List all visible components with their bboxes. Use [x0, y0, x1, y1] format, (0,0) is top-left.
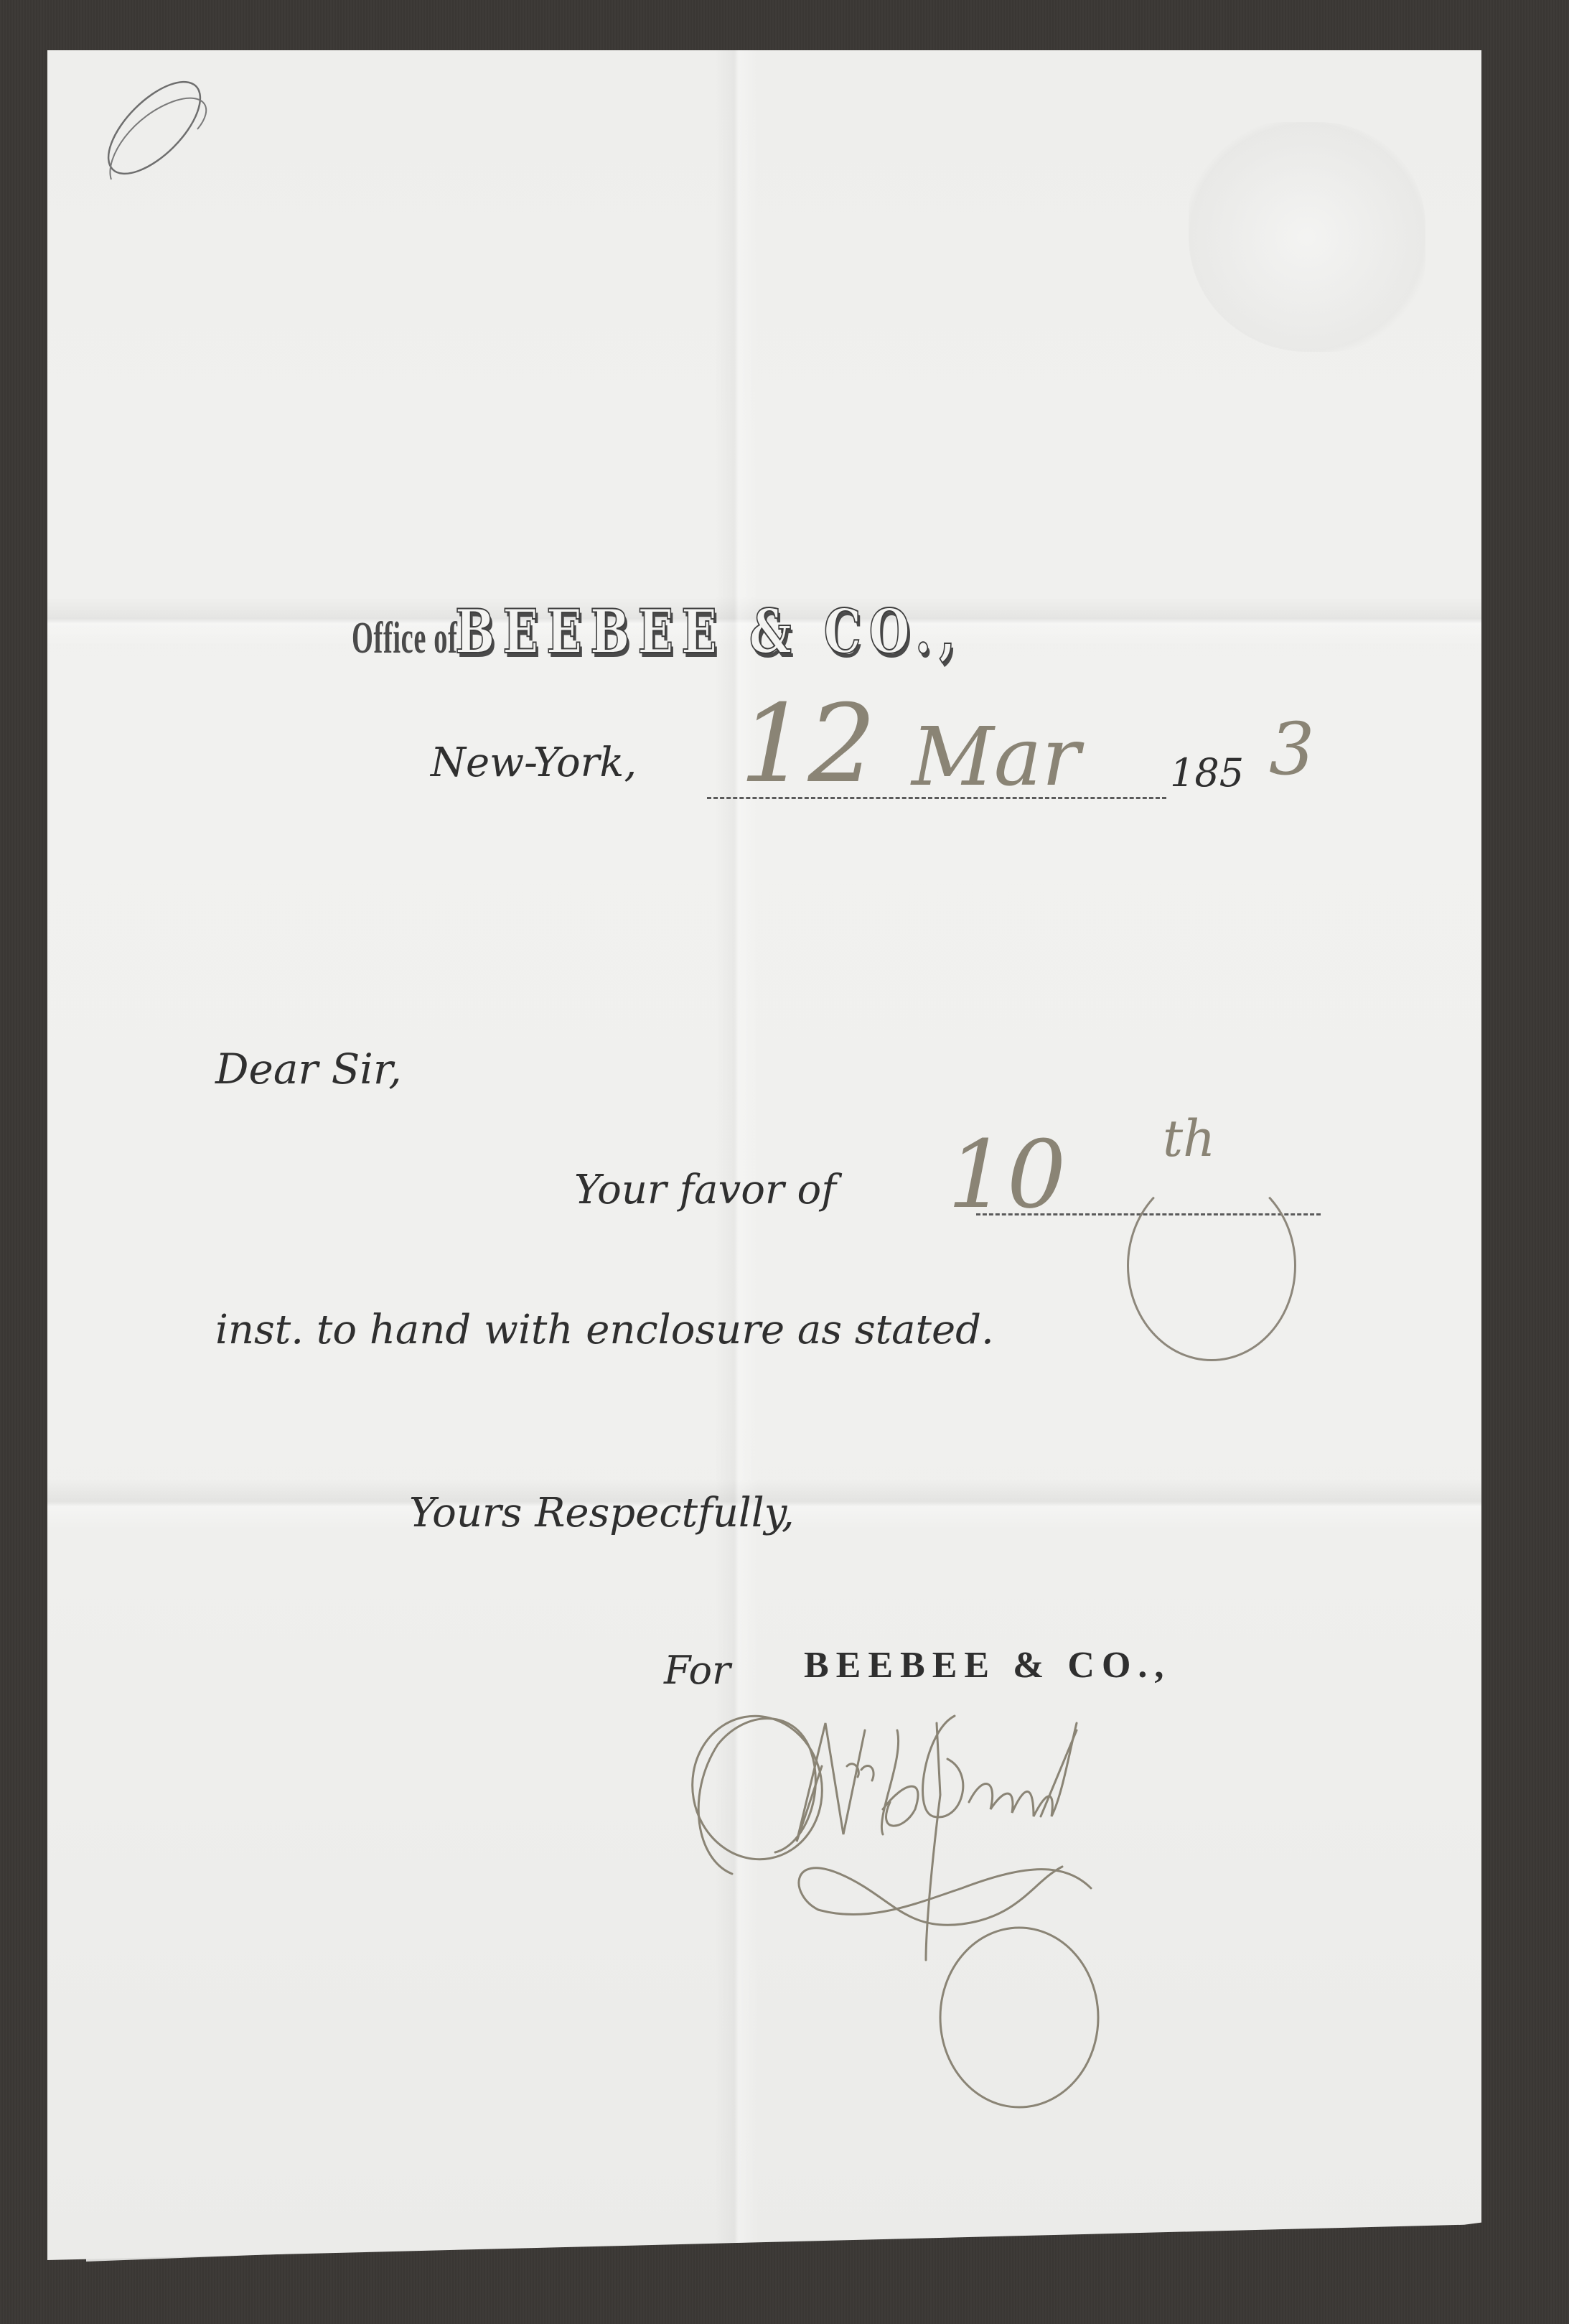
letterhead-company: BEEBEE & CO., — [455, 596, 963, 667]
dateline-month: Mar — [912, 711, 1080, 804]
body-line: inst. to hand with enclosure as stated. — [215, 1307, 994, 1353]
favor-day-suffix: th — [1163, 1109, 1215, 1168]
signature-company: BEEBEE & CO., — [804, 1644, 1171, 1686]
dateline-year-digit: 3 — [1269, 707, 1315, 791]
favor-day: 10 — [947, 1120, 1066, 1229]
favor-line-prefix: Your favor of — [574, 1167, 836, 1213]
favor-flourish-oval — [1127, 1170, 1296, 1361]
signature-for-label: For — [664, 1648, 731, 1693]
dateline-year-printed: 185 — [1170, 750, 1244, 795]
dateline-place: New-York, — [431, 739, 637, 786]
closing: Yours Respectfully, — [409, 1490, 795, 1536]
salutation: Dear Sir, — [215, 1045, 402, 1093]
embossed-seal — [1189, 122, 1425, 352]
docket-mark-zero-icon — [83, 72, 219, 187]
handwritten-signature-flourish — [689, 1709, 1493, 2111]
letterhead-prefix: Office of — [352, 613, 458, 664]
letterhead: Office of BEEBEE & CO., — [352, 596, 1107, 667]
dateline-day: 12 — [739, 682, 876, 807]
